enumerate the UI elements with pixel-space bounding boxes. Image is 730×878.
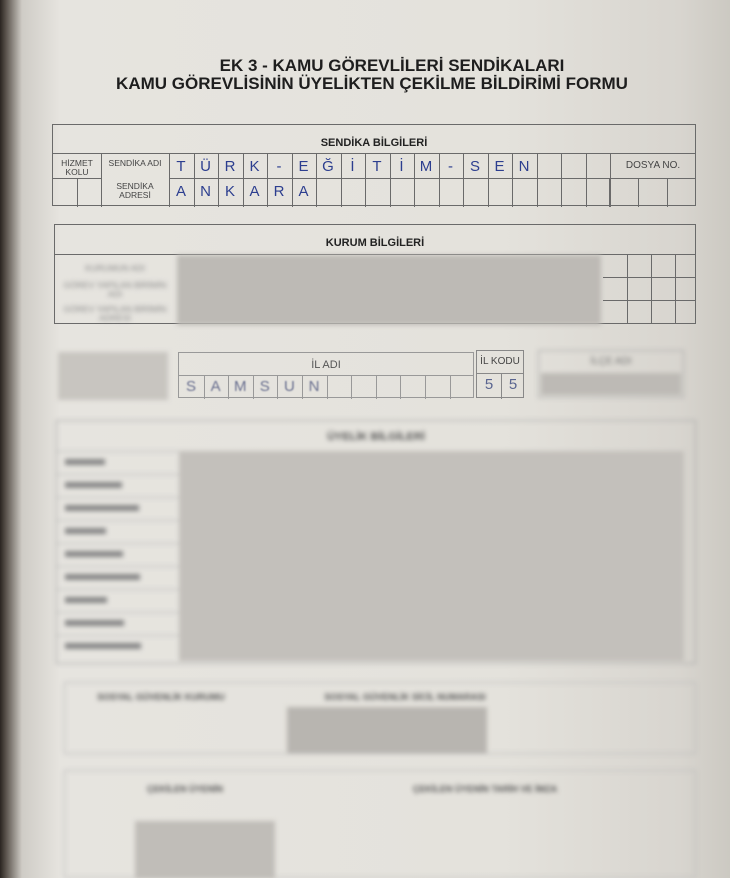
kurum-header: KURUM BİLGİLERİ [55, 237, 695, 249]
blurred-codes [58, 352, 168, 400]
sendika-section: SENDİKA BİLGİLERİ HİZMET KOLU SENDİKA AD… [52, 124, 696, 206]
gorev-birim-adi-label: GÖREV YAPILAN BİRİMİN ADI [61, 281, 169, 299]
il-adi-char: S [253, 378, 277, 395]
il-kodu-char: 5 [477, 376, 501, 393]
form-paper: EK 3 - KAMU GÖREVLİLERİ SENDİKALARI KAMU… [14, 0, 730, 878]
sendika-adresi-char: K [218, 183, 242, 200]
il-adi-char: N [302, 378, 326, 395]
dosya-no-label: DOSYA NO. [609, 161, 697, 170]
sgk-section: SOSYAL GÜVENLİK KURUMU SOSYAL GÜVENLİK S… [64, 682, 696, 754]
sendika-adresi-char: R [267, 183, 291, 200]
sendika-adi-char: T [169, 158, 193, 175]
kurum-redacted [177, 255, 601, 325]
uyelik-section: ÜYELİK BİLGİLERİ [56, 420, 696, 664]
sendika-adi-char: N [512, 158, 536, 175]
sendika-adi-char: T [365, 158, 389, 175]
sendika-adi-char: M [414, 158, 438, 175]
kurum-section: KURUM BİLGİLERİ KURUMUN ADI GÖREV YAPILA… [54, 224, 696, 324]
sendika-adresi-char: N [194, 183, 218, 200]
sendika-adresi-char: A [243, 183, 267, 200]
form-title-line1: EK 3 - KAMU GÖREVLİLERİ SENDİKALARI [54, 56, 730, 76]
il-adi-char: A [204, 378, 228, 395]
gorev-birim-adresi-label: GÖREV YAPILAN BİRİMİN ADRESİ [61, 305, 169, 323]
sendika-adi-char: S [463, 158, 487, 175]
sendika-adresi-char: A [169, 183, 193, 200]
il-adi-label: İL ADI [179, 361, 473, 370]
sgk-label: SOSYAL GÜVENLİK KURUMU [71, 693, 251, 702]
sendika-adi-char: İ [341, 158, 365, 175]
sendika-adresi-char: A [292, 183, 316, 200]
il-adi-box: İL ADI SAMSUN [178, 352, 474, 398]
sendika-adresi-label: SENDİKA ADRESİ [103, 182, 167, 200]
sendika-adi-char: Ü [194, 158, 218, 175]
sgk-no-label: SOSYAL GÜVENLİK SİCİL NUMARASI [305, 693, 505, 702]
cekilme-tarih-label: ÇEKİLEN ÜYENİN TARİH VE İMZA [365, 785, 605, 794]
sendika-adi-char: E [292, 158, 316, 175]
sendika-adi-char: - [439, 158, 463, 175]
sendika-adi-label: SENDİKA ADI [103, 159, 167, 168]
sendika-adi-char: K [243, 158, 267, 175]
form-title-line2: KAMU GÖREVLİSİNİN ÜYELİKTEN ÇEKİLME BİLD… [14, 74, 730, 94]
sendika-adi-char: R [218, 158, 242, 175]
sendika-adi-char: - [267, 158, 291, 175]
sendika-header: SENDİKA BİLGİLERİ [53, 137, 695, 149]
cekilme-label: ÇEKİLEN ÜYENİN [115, 785, 255, 794]
il-adi-char: U [277, 378, 301, 395]
il-kodu-char: 5 [501, 376, 525, 393]
il-adi-char: S [179, 378, 203, 395]
il-adi-char: M [228, 378, 252, 395]
hizmet-kolu-label: HİZMET KOLU [53, 159, 101, 177]
il-kodu-box: İL KODU 55 [476, 350, 524, 398]
ilce-adi-label: İLÇE ADI [539, 357, 683, 366]
ilce-adi-box: İLÇE ADI [538, 350, 684, 398]
sendika-adi-char: İ [390, 158, 414, 175]
sendika-adi-char: Ğ [316, 158, 340, 175]
sendika-adi-char: E [488, 158, 512, 175]
uyelik-header: ÜYELİK BİLGİLERİ [57, 431, 695, 443]
il-kodu-label: İL KODU [477, 357, 523, 366]
kurum-adi-label: KURUMUN ADI [61, 264, 169, 273]
cekilme-section: ÇEKİLEN ÜYENİN ÇEKİLEN ÜYENİN TARİH VE İ… [64, 770, 696, 878]
